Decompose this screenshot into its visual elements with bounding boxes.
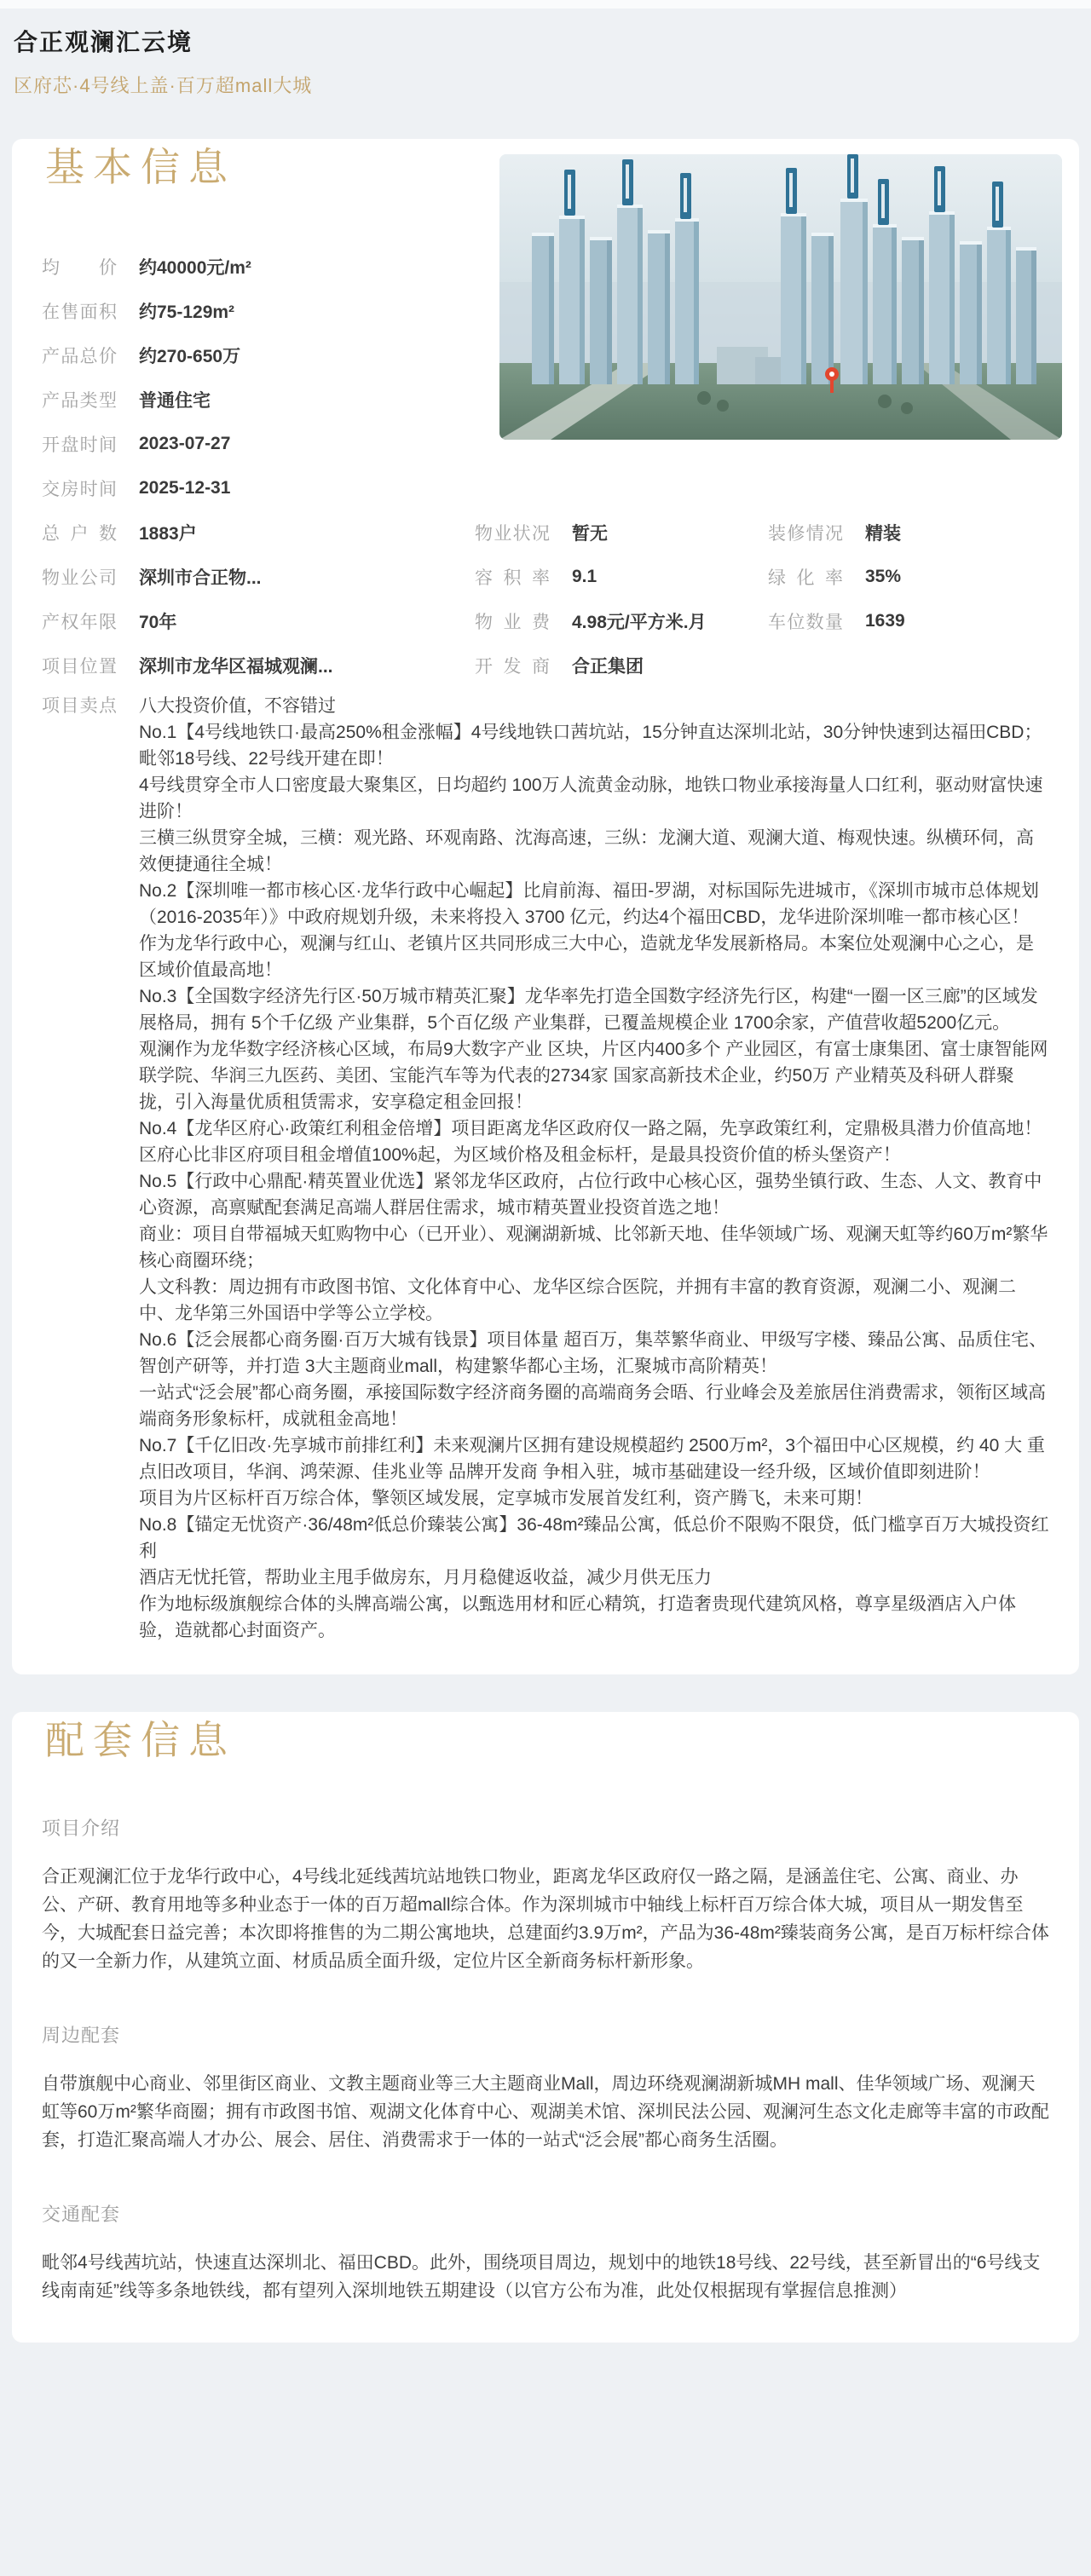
selling-point-paragraph: No.4【龙华区府心·政策红利租金倍增】项目距离龙华区政府仅一路之隔，先享政策红… <box>139 1115 1049 1142</box>
info-value: 1883户 <box>139 520 197 545</box>
selling-point-paragraph: No.6【泛会展都心商务圈·百万大城有钱景】项目体量 超百万，集萃繁华商业、甲级… <box>139 1327 1049 1380</box>
info-value: 精装 <box>865 520 901 545</box>
basic-info-card: 基本信息 <box>12 139 1079 1674</box>
info-label: 交房时间 <box>42 475 117 501</box>
basic-info-table: 均价 约40000元/m² 在售面积 约75-129m² 产品总价 约270-6… <box>42 245 1049 688</box>
selling-point-paragraph: No.5【行政中心鼎配·精英置业优选】紧邻龙华区政府，占位行政中心核心区，强势坐… <box>139 1168 1049 1221</box>
info-row: 容积率 9.1 <box>475 555 707 599</box>
info-value: 深圳市合正物... <box>139 564 262 590</box>
info-label: 开发商 <box>475 653 550 678</box>
info-label: 产权年限 <box>42 608 117 634</box>
selling-point-paragraph: No.1【4号线地铁口·最高250%租金涨幅】4号线地铁口茜坑站，15分钟直达深… <box>139 719 1049 772</box>
info-value: 约75-129m² <box>139 298 234 324</box>
info-value: 深圳市龙华区福城观澜... <box>139 653 333 678</box>
selling-point-paragraph: 4号线贯穿全市人口密度最大聚集区，日均超约 100万人流黄金动脉，地铁口物业承接… <box>139 772 1049 825</box>
selling-point-paragraph: 酒店无忧托管，帮助业主甩手做房东，月月稳健返收益，减少月供无压力 <box>139 1565 1049 1591</box>
page-header: 合正观澜汇云境 区府芯·4号线上盖·百万超mall大城 <box>0 9 1091 98</box>
info-value: 2025-12-31 <box>139 478 230 498</box>
info-label: 产品类型 <box>42 387 117 412</box>
info-label: 物业状况 <box>475 520 550 545</box>
amenities-section: 交通配套 毗邻4号线茜坑站，快速直达深圳北、福田CBD。此外，围绕项目周边，规划… <box>42 2200 1049 2305</box>
info-row: 开盘时间 2023-07-27 <box>42 422 485 466</box>
info-value: 9.1 <box>572 567 597 587</box>
amenities-section-text: 合正观澜汇位于龙华行政中心，4号线北延线茜坑站地铁口物业，距离龙华区政府仅一路之… <box>42 1863 1049 1975</box>
selling-point-paragraph: 项目为片区标杆百万综合体，擎领区域发展，定享城市发展首发红利，资产腾飞，未来可期… <box>139 1485 1049 1512</box>
amenities-section-title: 周边配套 <box>42 2021 1049 2048</box>
info-label: 车位数量 <box>768 608 843 634</box>
info-column-right: 装修情况 精装 绿化率 35% 车位数量 1639 <box>768 510 905 643</box>
info-value: 70年 <box>139 608 176 634</box>
selling-point-paragraph: 区府心比非区府项目租金增值100%起，为区域价格及租金标杆，是最具投资价值的桥头… <box>139 1142 1049 1168</box>
selling-points-label: 项目卖点 <box>42 693 117 719</box>
selling-points-row: 项目卖点 八大投资价值，不容错过 No.1【4号线地铁口·最高250%租金涨幅】… <box>42 693 1049 1644</box>
info-row: 产品类型 普通住宅 <box>42 377 485 422</box>
info-value: 2023-07-27 <box>139 434 230 454</box>
info-value: 约270-650万 <box>139 343 240 368</box>
amenities-section: 项目介绍 合正观澜汇位于龙华行政中心，4号线北延线茜坑站地铁口物业，距离龙华区政… <box>42 1814 1049 1975</box>
amenities-section-title: 交通配套 <box>42 2200 1049 2227</box>
info-column-left: 均价 约40000元/m² 在售面积 约75-129m² 产品总价 约270-6… <box>42 245 485 688</box>
selling-point-paragraph: No.7【千亿旧改·先享城市前排红利】未来观澜片区拥有建设规模超约 2500万m… <box>139 1432 1049 1485</box>
info-row: 物业公司 深圳市合正物... <box>42 555 485 599</box>
top-strip <box>0 0 1091 9</box>
info-label: 在售面积 <box>42 298 117 324</box>
info-value: 约40000元/m² <box>139 254 251 279</box>
info-row: 总户数 1883户 <box>42 510 485 555</box>
selling-point-paragraph: No.2【深圳唯一都市核心区·龙华行政中心崛起】比肩前海、福田-罗湖，对标国际先… <box>139 878 1049 931</box>
info-row: 物业状况 暂无 <box>475 510 707 555</box>
page-title: 合正观澜汇云境 <box>14 24 1077 58</box>
info-row: 车位数量 1639 <box>768 599 905 643</box>
info-label: 总户数 <box>42 520 117 545</box>
info-label: 绿化率 <box>768 564 843 590</box>
selling-point-paragraph: 三横三纵贯穿全城，三横：观光路、环观南路、沈海高速，三纵：龙澜大道、观澜大道、梅… <box>139 825 1049 878</box>
amenities-sections: 项目介绍 合正观澜汇位于龙华行政中心，4号线北延线茜坑站地铁口物业，距离龙华区政… <box>42 1814 1049 2305</box>
amenities-card: 配套信息 项目介绍 合正观澜汇位于龙华行政中心，4号线北延线茜坑站地铁口物业，距… <box>12 1712 1079 2343</box>
amenities-heading: 配套信息 <box>45 1712 1049 1768</box>
selling-point-paragraph: 观澜作为龙华数字经济核心区域，布局9大数字产业 区块，片区内400多个 产业园区… <box>139 1036 1049 1115</box>
info-row: 均价 约40000元/m² <box>42 245 485 289</box>
selling-point-paragraph: 作为龙华行政中心，观澜与红山、老镇片区共同形成三大中心，造就龙华发展新格局。本案… <box>139 931 1049 983</box>
info-row: 在售面积 约75-129m² <box>42 289 485 333</box>
selling-point-paragraph: No.8【锚定无忧资产·36/48m²低总价臻装公寓】36-48m²臻品公寓，低… <box>139 1512 1049 1565</box>
info-value: 暂无 <box>572 520 608 545</box>
info-value: 合正集团 <box>572 653 644 678</box>
amenities-section-text: 自带旗舰中心商业、邻里街区商业、文教主题商业等三大主题商业Mall，周边环绕观澜… <box>42 2070 1049 2154</box>
info-label: 物业公司 <box>42 564 117 590</box>
selling-point-paragraph: 八大投资价值，不容错过 <box>139 693 1049 719</box>
amenities-section: 周边配套 自带旗舰中心商业、邻里街区商业、文教主题商业等三大主题商业Mall，周… <box>42 2021 1049 2154</box>
info-label: 物业费 <box>475 608 550 634</box>
info-value: 4.98元/平方米.月 <box>572 608 707 634</box>
amenities-section-title: 项目介绍 <box>42 1814 1049 1841</box>
info-value: 1639 <box>865 611 905 631</box>
selling-point-paragraph: 一站式“泛会展”都心商务圈，承接国际数字经济商务圈的高端商务会晤、行业峰会及差旅… <box>139 1380 1049 1432</box>
info-row: 产权年限 70年 <box>42 599 485 643</box>
info-row: 开发商 合正集团 <box>475 643 707 688</box>
selling-point-paragraph: No.3【全国数字经济先行区·50万城市精英汇聚】龙华率先打造全国数字经济先行区… <box>139 983 1049 1036</box>
selling-point-paragraph: 人文科教：周边拥有市政图书馆、文化体育中心、龙华区综合医院，并拥有丰富的教育资源… <box>139 1274 1049 1327</box>
info-label: 装修情况 <box>768 520 843 545</box>
info-label: 开盘时间 <box>42 431 117 457</box>
info-row: 绿化率 35% <box>768 555 905 599</box>
info-row: 项目位置 深圳市龙华区福城观澜... <box>42 643 485 688</box>
amenities-section-text: 毗邻4号线茜坑站，快速直达深圳北、福田CBD。此外，围绕项目周边，规划中的地铁1… <box>42 2249 1049 2305</box>
info-value: 普通住宅 <box>139 387 211 412</box>
selling-point-paragraph: 作为地标级旗舰综合体的头牌高端公寓，以甄选用材和匠心精筑，打造奢贵现代建筑风格，… <box>139 1591 1049 1644</box>
page-subtitle: 区府芯·4号线上盖·百万超mall大城 <box>14 72 1077 98</box>
info-label: 均价 <box>42 254 117 279</box>
info-row: 交房时间 2025-12-31 <box>42 466 485 510</box>
info-label: 产品总价 <box>42 343 117 368</box>
info-label: 容积率 <box>475 564 550 590</box>
info-value: 35% <box>865 567 901 587</box>
info-column-middle: 物业状况 暂无 容积率 9.1 物业费 4.98元/平方米.月 开发商 合正集团 <box>475 510 707 688</box>
selling-points-text: 八大投资价值，不容错过 No.1【4号线地铁口·最高250%租金涨幅】4号线地铁… <box>139 693 1049 1644</box>
info-row: 产品总价 约270-650万 <box>42 333 485 377</box>
info-row: 物业费 4.98元/平方米.月 <box>475 599 707 643</box>
selling-point-paragraph: 商业：项目自带福城天虹购物中心（已开业）、观澜湖新城、比邻新天地、佳华领域广场、… <box>139 1221 1049 1274</box>
info-label: 项目位置 <box>42 653 117 678</box>
info-row: 装修情况 精装 <box>768 510 905 555</box>
